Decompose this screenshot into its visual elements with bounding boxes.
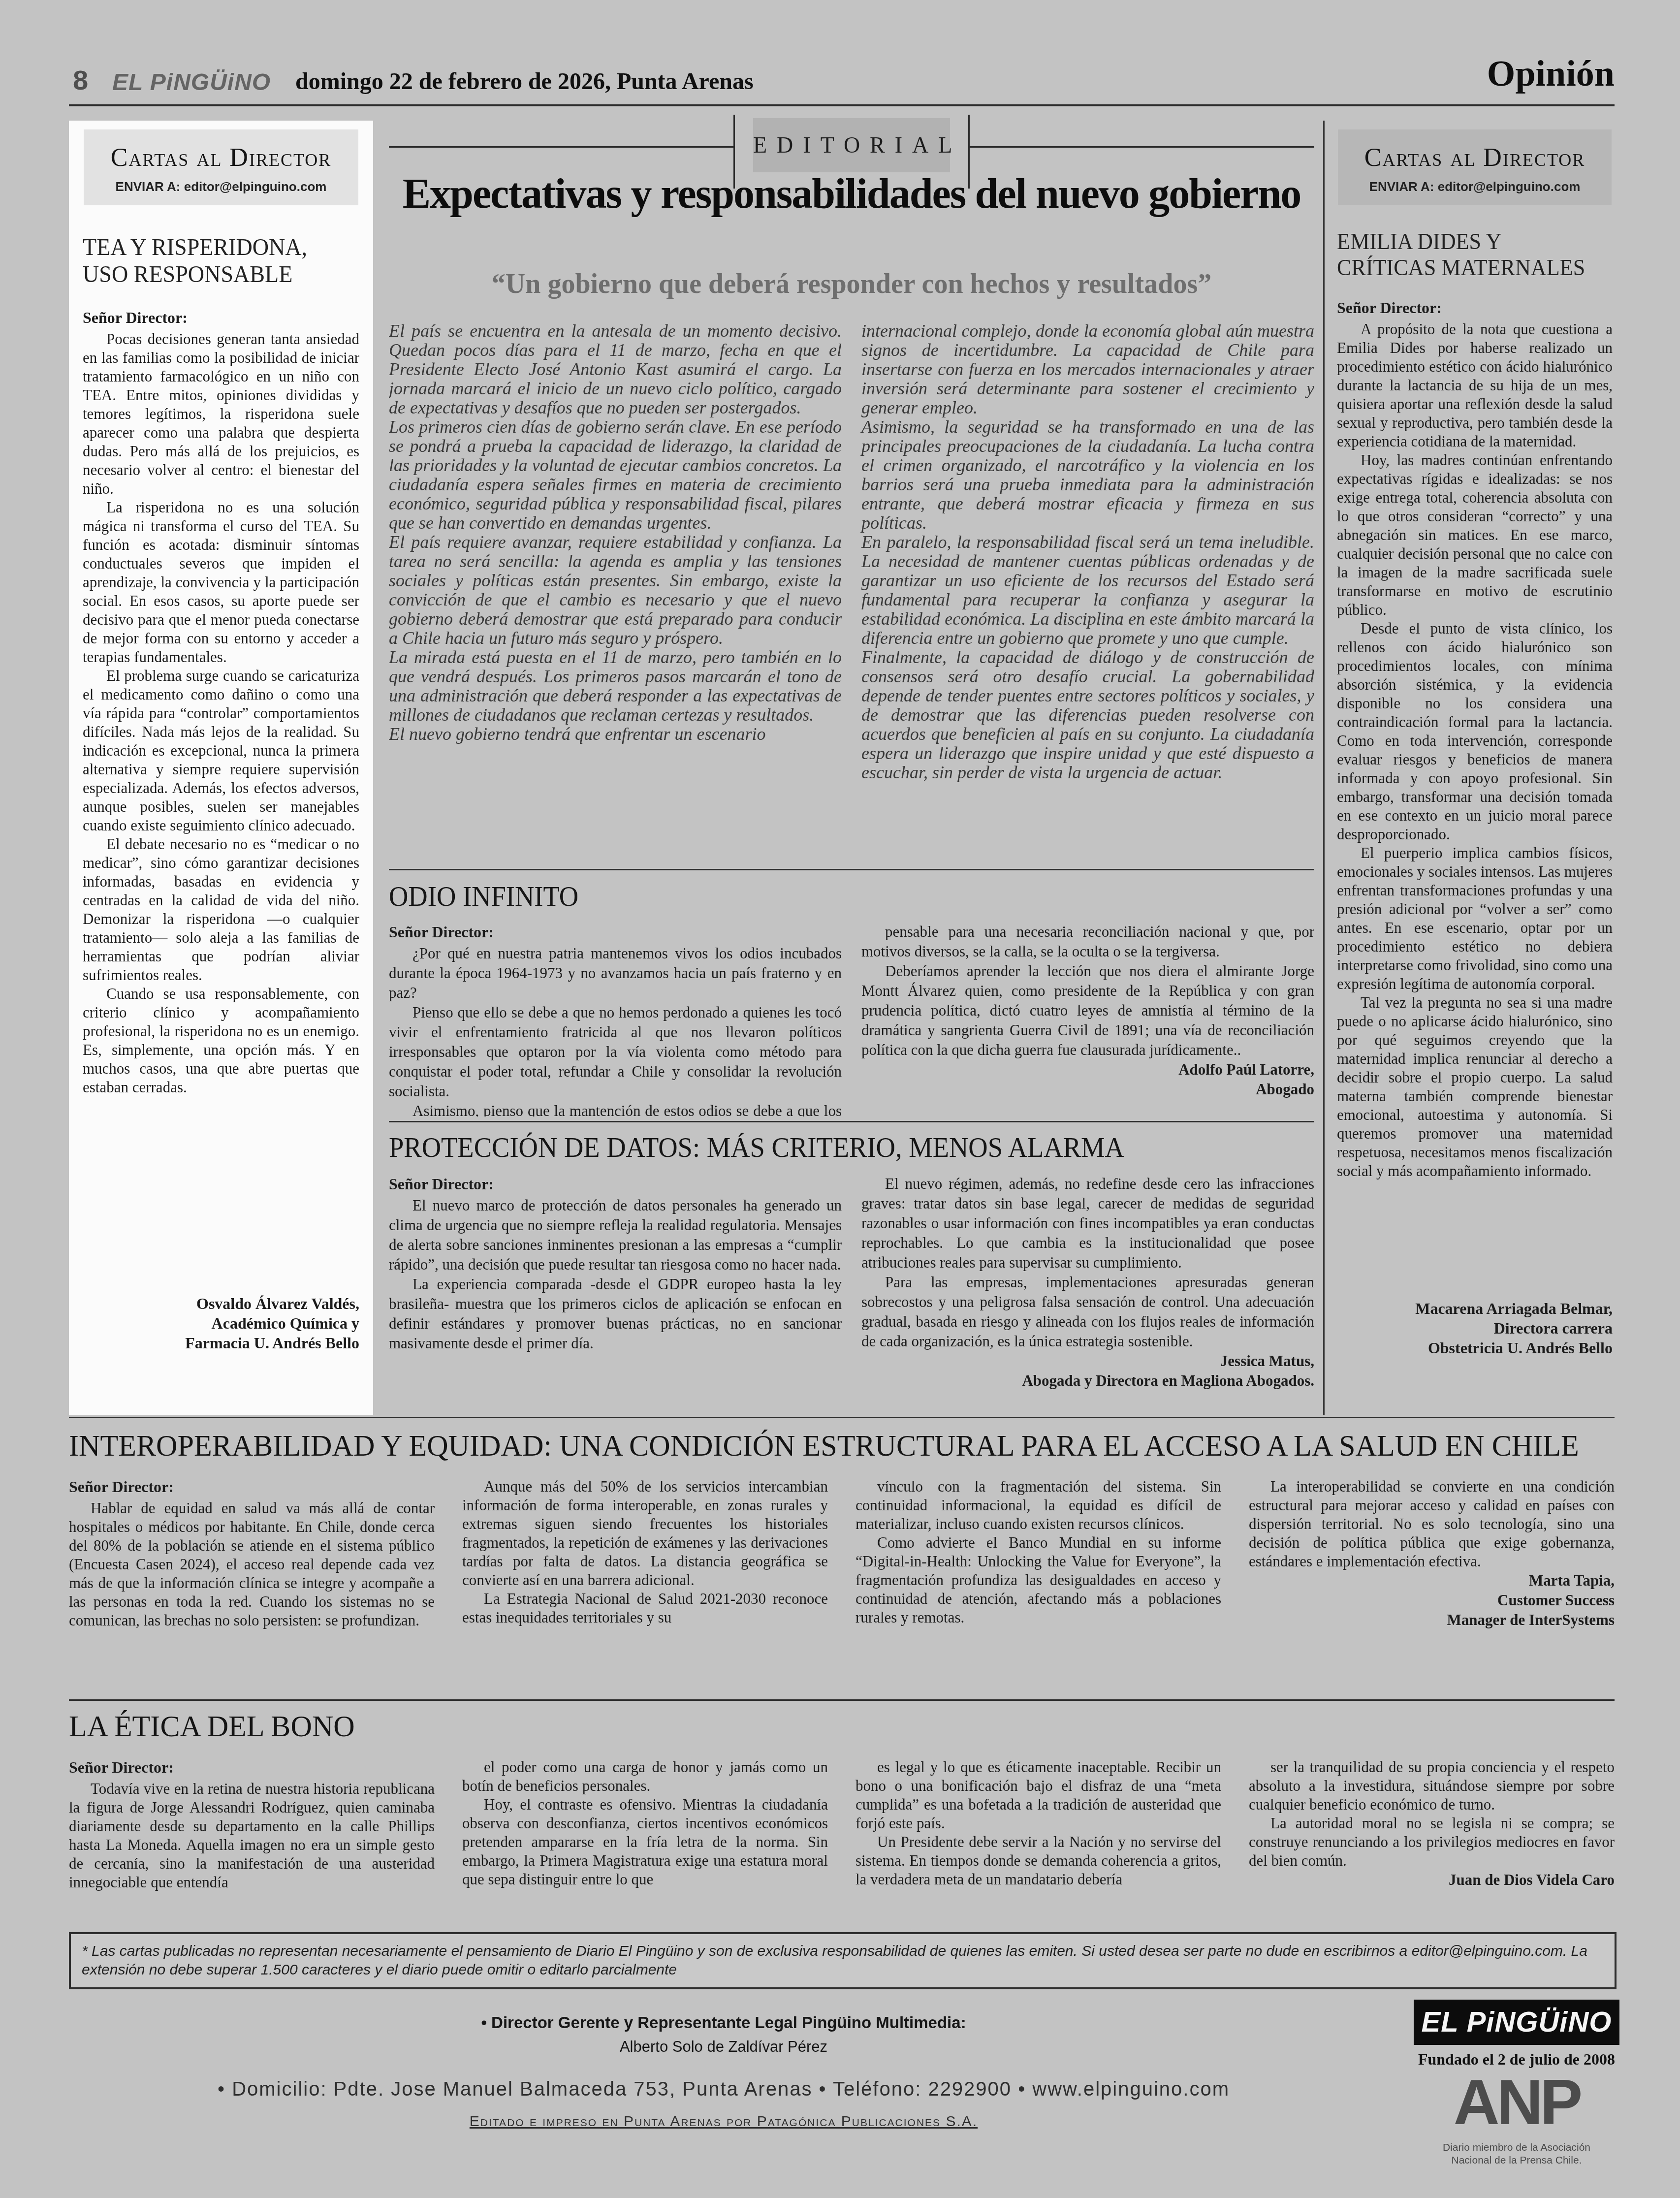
letter-body-interop: Señor Director: Hablar de equidad en sal…	[69, 1477, 1615, 1696]
bono-col4: ser la tranquilidad de su propia concien…	[1249, 1758, 1615, 1928]
masthead-rule	[69, 104, 1615, 106]
letter-section-interop: INTEROPERABILIDAD Y EQUIDAD: UNA CONDICI…	[69, 1429, 1615, 1696]
column-divider	[1323, 121, 1325, 1415]
letter-signature-emilia: Macarena Arriagada Belmar,Directora carr…	[1337, 1299, 1613, 1358]
editorial-body-col1: El país se encuentra en la antesala de u…	[389, 321, 842, 865]
editorial-rule-right	[970, 146, 1314, 148]
letter-salutation: Señor Director:	[69, 1477, 435, 1496]
footer-printed-by: Editado e impreso en Punta Arenas por Pa…	[69, 2113, 1378, 2130]
letter-title-datos-text: PROTECCIÓN DE DATOS: MÁS CRITERIO, MENOS…	[389, 1131, 1124, 1164]
letter-signature-odio: Adolfo Paúl Latorre,Abogado	[861, 1060, 1314, 1099]
letter-salutation: Señor Director:	[389, 1174, 842, 1194]
letter-salutation: Señor Director:	[389, 922, 842, 942]
letter-body-odio: Señor Director: ¿Por qué en nuestra patr…	[389, 922, 1314, 1116]
divider-rule	[389, 869, 1314, 870]
cartas-send-to: ENVIAR A: editor@elpinguino.com	[1342, 179, 1608, 194]
letter-title-interop: INTEROPERABILIDAD Y EQUIDAD: UNA CONDICI…	[69, 1429, 1568, 1464]
letter-signature-bono: Juan de Dios Videla Caro	[1249, 1870, 1615, 1890]
edition-date: domingo 22 de febrero de 2026, Punta Are…	[295, 68, 754, 95]
editorial-label: EDITORIAL	[753, 118, 950, 172]
letter-section-bono: LA ÉTICA DEL BONO Señor Director: Todaví…	[69, 1709, 1615, 1928]
datos-col1-text: El nuevo marco de protección de datos pe…	[389, 1196, 842, 1353]
bono-col3: es legal y lo que es éticamente inacepta…	[856, 1758, 1221, 1928]
letter-body-bono: Señor Director: Todavía vive en la retin…	[69, 1758, 1615, 1928]
letter-signature-tea: Osvaldo Álvarez Valdés,Académico Química…	[83, 1294, 359, 1353]
section-rule	[69, 1699, 1615, 1701]
cartas-title: Cartas al Director	[1342, 143, 1608, 172]
odio-col1-text: ¿Por qué en nuestra patria mantenemos vi…	[389, 944, 842, 1116]
interop-col2: Aunque más del 50% de los servicios inte…	[462, 1477, 828, 1696]
odio-col1: Señor Director: ¿Por qué en nuestra patr…	[389, 922, 842, 1116]
bono-col1: Señor Director: Todavía vive en la retin…	[69, 1758, 435, 1928]
letter-title-emilia: EMILIA DIDES Y CRÍTICAS MATERNALES	[1337, 229, 1602, 281]
letters-disclaimer: * Las cartas publicadas no representan n…	[69, 1932, 1617, 1989]
section-title: Opinión	[1487, 53, 1615, 95]
cartas-send-to: ENVIAR A: editor@elpinguino.com	[88, 179, 354, 194]
letter-title-odio: ODIO INFINITO	[389, 880, 591, 913]
letter-salutation: Señor Director:	[1337, 299, 1613, 317]
cartas-al-director-box: Cartas al Director ENVIAR A: editor@elpi…	[84, 129, 358, 205]
letters-column-left: Cartas al Director ENVIAR A: editor@elpi…	[69, 121, 373, 1415]
cartas-title: Cartas al Director	[88, 143, 354, 172]
letter-title-bono: LA ÉTICA DEL BONO	[69, 1709, 1568, 1744]
footer-logo: EL PiNGÜiNO	[1414, 2000, 1619, 2045]
letter-signature-datos: Jessica Matus,Abogada y Directora en Mag…	[861, 1351, 1314, 1391]
footer-director-name: Alberto Solo de Zaldívar Pérez	[69, 2038, 1378, 2056]
letter-signature-interop: Marta Tapia,Customer SuccessManager de I…	[1249, 1571, 1615, 1630]
letter-body-datos: Señor Director: El nuevo marco de protec…	[389, 1174, 1314, 1410]
odio-col2: pensable para una necesaria reconciliaci…	[861, 922, 1314, 1116]
editorial-column: EDITORIAL Expectativas y responsabilidad…	[389, 121, 1314, 1415]
footer-director-label: • Director Gerente y Representante Legal…	[69, 2013, 1378, 2032]
page-number: 8	[73, 64, 88, 96]
section-rule	[69, 1417, 1615, 1418]
divider-rule	[389, 1121, 1314, 1122]
letters-column-right: Cartas al Director ENVIAR A: editor@elpi…	[1335, 121, 1615, 1415]
bono-col1-text: Todavía vive en la retina de nuestra his…	[69, 1780, 435, 1892]
odio-col2-text: pensable para una necesaria reconciliaci…	[861, 922, 1314, 1060]
letter-title-datos: PROTECCIÓN DE DATOS: MÁS CRITERIO, MENOS…	[389, 1131, 1171, 1164]
letter-body-tea: Pocas decisiones generan tanta ansiedad …	[83, 330, 359, 1290]
cartas-al-director-box: Cartas al Director ENVIAR A: editor@elpi…	[1338, 129, 1612, 205]
anp-logo: ANP	[1414, 2065, 1619, 2139]
letter-title-odio-text: ODIO INFINITO	[389, 880, 578, 913]
interop-col4-text: La interoperabilidad se convierte en una…	[1249, 1477, 1615, 1571]
interop-col1-text: Hablar de equidad en salud va más allá d…	[69, 1499, 435, 1630]
datos-col1: Señor Director: El nuevo marco de protec…	[389, 1174, 842, 1410]
letter-body-emilia: A propósito de la nota que cuestiona a E…	[1337, 320, 1613, 1295]
interop-col1: Señor Director: Hablar de equidad en sal…	[69, 1477, 435, 1696]
editorial-body-col2: internacional complejo, donde la economí…	[861, 321, 1314, 865]
bono-col4-text: ser la tranquilidad de su propia concien…	[1249, 1758, 1615, 1870]
newspaper-logo: EL PiNGÜiNO	[112, 69, 271, 96]
editorial-body: El país se encuentra en la antesala de u…	[389, 321, 1314, 865]
editorial-headline: Expectativas y responsabilidades del nue…	[389, 169, 1314, 218]
datos-col2-text: El nuevo régimen, además, no redefine de…	[861, 1174, 1314, 1351]
editorial-rule-left	[389, 146, 733, 148]
datos-col2: El nuevo régimen, además, no redefine de…	[861, 1174, 1314, 1410]
anp-caption: Diario miembro de la AsociaciónNacional …	[1414, 2141, 1619, 2167]
letter-title-tea: TEA Y RISPERIDONA, USO RESPONSABLE	[83, 234, 349, 288]
footer-address: • Domicilio: Pdte. Jose Manuel Balmaceda…	[69, 2078, 1378, 2101]
letter-salutation: Señor Director:	[69, 1758, 435, 1777]
footer-info: • Director Gerente y Representante Legal…	[69, 2013, 1378, 2130]
letter-salutation: Señor Director:	[83, 309, 359, 327]
interop-col4: La interoperabilidad se convierte en una…	[1249, 1477, 1615, 1696]
editorial-subtitle: “Un gobierno que deberá responder con he…	[389, 268, 1314, 300]
bono-col2: el poder como una carga de honor y jamás…	[462, 1758, 828, 1928]
interop-col3: vínculo con la fragmentación del sistema…	[856, 1477, 1221, 1696]
